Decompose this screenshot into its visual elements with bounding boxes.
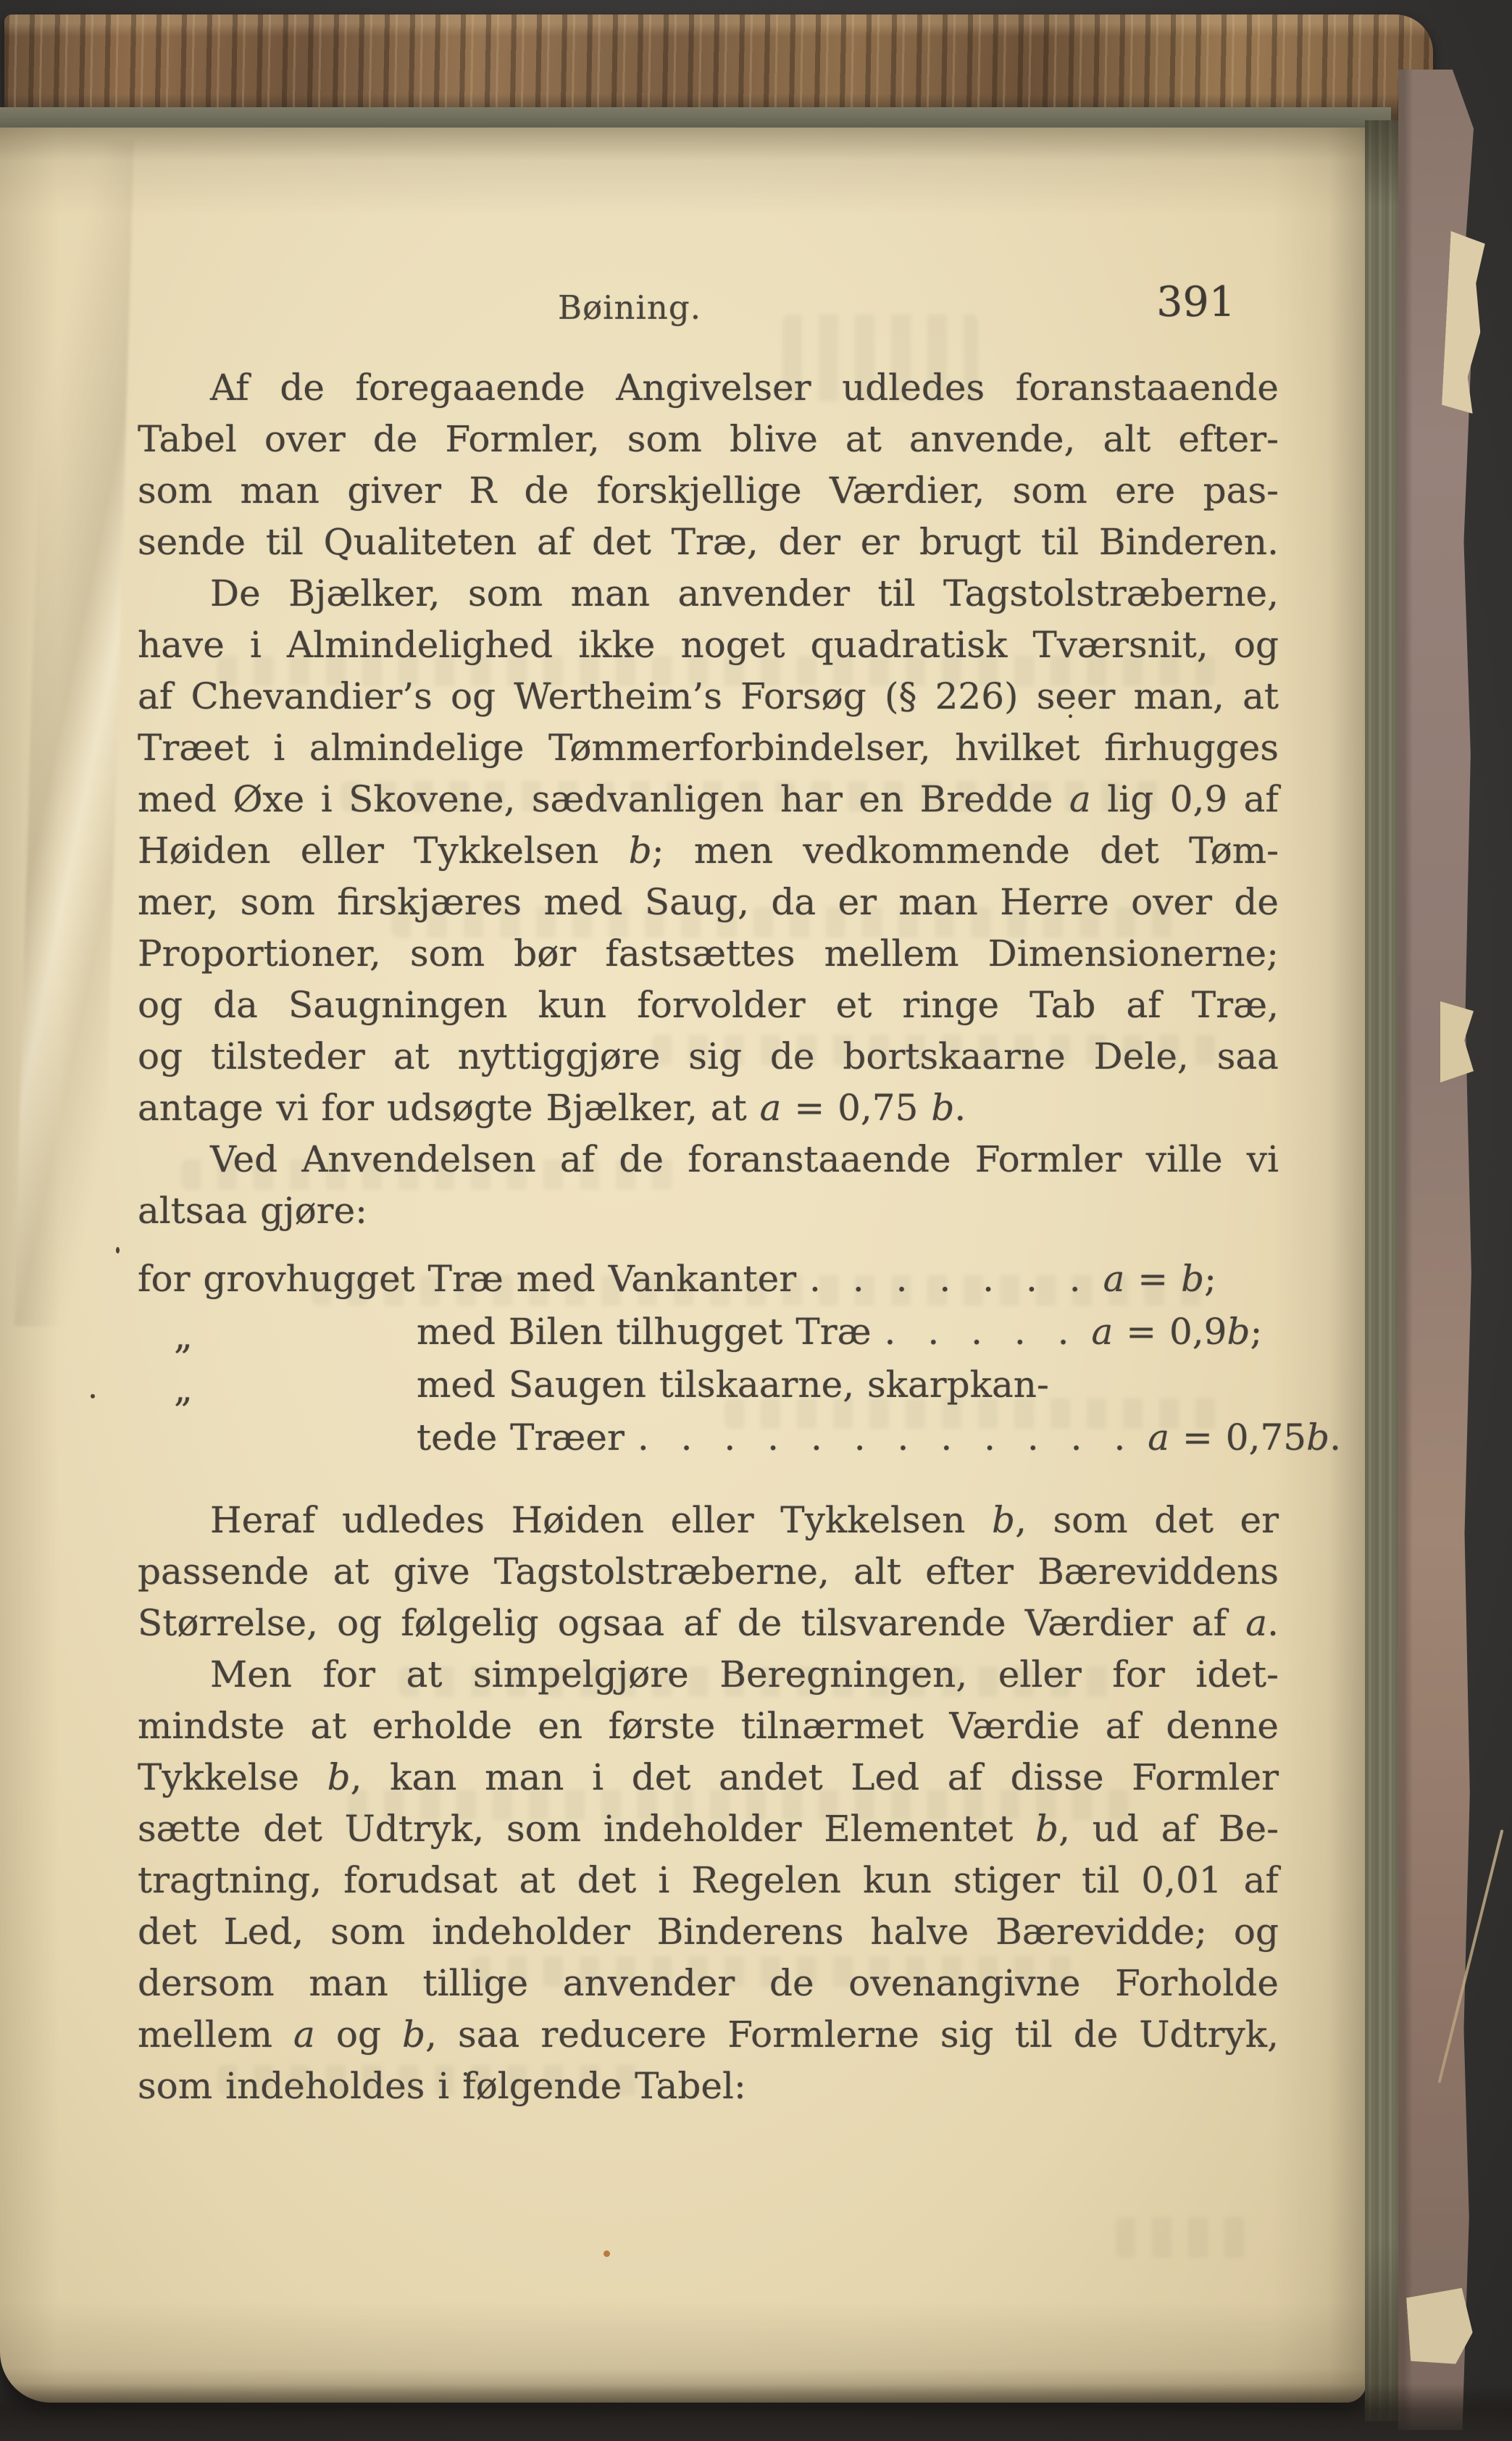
page-number: 391 (1134, 278, 1235, 326)
text-line: Af de foregaaende Angivelser udledes for… (138, 362, 1279, 414)
text-segment: De Bjælker, som man anvender til Tagstol… (210, 572, 1279, 614)
formula-content: med Saugen tilskaarne, skarpkan- (138, 1359, 1049, 1411)
math-variable: b (402, 2014, 425, 2056)
text-segment (1079, 1311, 1092, 1353)
text-segment: mellem (138, 2014, 293, 2056)
text-segment: Træet i almindelige Tømmerforbindelser, … (138, 727, 1279, 769)
text-line: Træet i almindelige Tømmerforbindelser, … (138, 722, 1279, 774)
text-segment: ; (1250, 1311, 1263, 1353)
text-segment: og (315, 2014, 402, 2056)
text-segment: = (1124, 1258, 1181, 1300)
text-segment: ; men vedkommende det Tøm- (652, 830, 1279, 872)
paragraph: Heraf udledes Høiden eller Tykkelsen b, … (138, 1495, 1279, 1649)
text-line: Tykkelse b, kan man i det andet Led af d… (138, 1752, 1279, 1803)
text-segment: Størrelse, og følgelig ogsaa af de tilsv… (138, 1602, 1245, 1644)
math-variable: a (1148, 1416, 1169, 1459)
text-line: som indeholdes i følgende Tabel: (138, 2061, 1279, 2112)
math-variable: a (1091, 1311, 1113, 1353)
formula-list: for grovhugget Træ med Vankanter . . . .… (138, 1253, 1279, 1464)
text-segment: , som det er (1015, 1499, 1279, 1541)
text-line: Størrelse, og følgelig ogsaa af de tilsv… (138, 1598, 1279, 1649)
text-block: Af de foregaaende Angivelser udledes for… (138, 362, 1279, 2112)
text-segment: det Led, som indeholder Binderens halve … (138, 1911, 1279, 1953)
math-variable: b (327, 1756, 351, 1798)
math-variable: b (1227, 1311, 1250, 1353)
formula-line: for grovhugget Træ med Vankanter . . . .… (138, 1253, 1279, 1306)
text-segment: Tykkelse (138, 1756, 327, 1798)
formula-line: tede Træer . . . . . . . . . . . . a = 0… (138, 1411, 1279, 1464)
torn-paper (1440, 1001, 1474, 1082)
math-variable: a (1069, 778, 1091, 820)
text-line: dersom man tillige anvender de ovenangiv… (138, 1958, 1279, 2009)
text-line: som man giver R de forskjellige Værdier,… (138, 465, 1279, 517)
text-line: mindste at erholde en første tilnærmet V… (138, 1701, 1279, 1752)
text-line: det Led, som indeholder Binderens halve … (138, 1906, 1279, 1958)
text-segment: Heraf udledes Høiden eller Tykkelsen (210, 1499, 992, 1541)
formula-line: „med Bilen tilhugget Træ . . . . . a = 0… (138, 1306, 1279, 1359)
text-segment: passende at give Tagstolstræberne, alt e… (138, 1551, 1279, 1593)
text-line: Tabel over de Formler, som blive at anve… (138, 414, 1279, 465)
text-segment: med Øxe i Skovene, sædvanligen har en Br… (138, 778, 1069, 820)
text-segment: , kan man i det andet Led af disse Forml… (351, 1756, 1279, 1798)
text-segment: = 0,75 (781, 1087, 931, 1129)
text-line: mellem a og b, saa reducere Formlerne si… (138, 2009, 1279, 2061)
text-line: antage vi for udsøgte Bjælker, at a = 0,… (138, 1082, 1279, 1134)
text-segment: . (954, 1087, 966, 1129)
text-segment: Tabel over de Formler, som blive at anve… (138, 418, 1279, 460)
paragraph: De Bjælker, som man anvender til Tagstol… (138, 568, 1279, 1134)
text-line: sætte det Udtryk, som indeholder Element… (138, 1803, 1279, 1855)
text-segment: og da Saugningen kun forvolder et ringe … (138, 984, 1279, 1026)
paragraph: Men for at simpelgjøre Beregningen, elle… (138, 1649, 1279, 2112)
text-segment: lig 0,9 af (1091, 778, 1279, 820)
text-segment: ; (1204, 1258, 1216, 1300)
text-line: Heraf udledes Høiden eller Tykkelsen b, … (138, 1495, 1279, 1546)
text-segment: af Chevandier’s og Wertheim’s Forsøg (§ … (138, 675, 1279, 717)
math-variable: a (1245, 1602, 1267, 1644)
text-line: med Øxe i Skovene, sædvanligen har en Br… (138, 774, 1279, 825)
text-segment: = 0,75 (1169, 1416, 1306, 1459)
text-segment: altsaa gjøre: (138, 1190, 367, 1232)
text-segment: , ud af Be- (1058, 1808, 1279, 1850)
text-segment: antage vi for udsøgte Bjælker, at (138, 1087, 760, 1129)
worn-cover-paper (1398, 70, 1474, 2430)
text-line: sende til Qualiteten af det Træ, der er … (138, 517, 1279, 568)
text-line: Høiden eller Tykkelsen b; men vedkommend… (138, 825, 1279, 877)
text-segment: mer, som firskjæres med Saug, da er man … (138, 881, 1279, 923)
text-line: Proportioner, som bør fastsættes mellem … (138, 928, 1279, 980)
book-scan: Bøining. 391 Af de foregaaende Angivelse… (0, 0, 1512, 2441)
text-segment: Proportioner, som bør fastsættes mellem … (138, 932, 1279, 975)
text-segment: med Saugen tilskaarne, skarpkan- (417, 1364, 1049, 1406)
text-segment: have i Almindelighed ikke noget quadrati… (138, 624, 1279, 666)
formula-content: for grovhugget Træ med Vankanter . . . .… (138, 1253, 1216, 1306)
text-segment: Af de foregaaende Angivelser udledes for… (210, 367, 1279, 409)
text-segment (1090, 1258, 1103, 1300)
book-page: Bøining. 391 Af de foregaaende Angivelse… (0, 128, 1366, 2403)
math-variable: b (629, 830, 652, 872)
math-variable: a (1103, 1258, 1125, 1300)
text-line: altsaa gjøre: (138, 1185, 1279, 1237)
text-segment: = 0,9 (1113, 1311, 1227, 1353)
text-line: af Chevandier’s og Wertheim’s Forsøg (§ … (138, 671, 1279, 722)
dot-leader: . . . . . . . (809, 1258, 1090, 1300)
showthrough-smudge (1116, 2217, 1261, 2258)
text-line: Ved Anvendelsen af de foranstaaende Form… (138, 1134, 1279, 1185)
page-fore-edge (1365, 120, 1401, 2421)
text-segment: for grovhugget Træ med Vankanter (138, 1258, 809, 1300)
text-segment: , saa reducere Formlerne sig til de Udtr… (425, 2014, 1279, 2056)
math-variable: a (293, 2014, 315, 2056)
text-line: og tilsteder at nyttiggjøre sig de borts… (138, 1031, 1279, 1082)
text-segment: Høiden eller Tykkelsen (138, 830, 629, 872)
text-segment: . (1267, 1602, 1279, 1644)
formula-line: „med Saugen tilskaarne, skarpkan- (138, 1359, 1279, 1411)
text-segment: som indeholdes i følgende Tabel: (138, 2065, 746, 2107)
text-line: Men for at simpelgjøre Beregningen, elle… (138, 1649, 1279, 1701)
bottom-shadow (0, 2384, 1512, 2441)
formula-content: tede Træer . . . . . . . . . . . . a = 0… (138, 1411, 1341, 1464)
page-crease (14, 138, 134, 1329)
math-variable: b (1181, 1258, 1204, 1300)
math-variable: a (760, 1087, 782, 1129)
text-segment: sende til Qualiteten af det Træ, der er … (138, 521, 1279, 563)
text-segment (1135, 1416, 1148, 1459)
math-variable: b (1306, 1416, 1329, 1459)
text-segment: Men for at simpelgjøre Beregningen, elle… (210, 1653, 1279, 1695)
dot-leader: . . . . . . . . . . . . (638, 1416, 1135, 1459)
text-segment: sætte det Udtryk, som indeholder Element… (138, 1808, 1035, 1850)
text-segment: og tilsteder at nyttiggjøre sig de borts… (138, 1035, 1279, 1077)
text-segment: mindste at erholde en første tilnærmet V… (138, 1705, 1279, 1747)
running-title: Bøining. (558, 288, 701, 327)
text-segment: Ved Anvendelsen af de foranstaaende Form… (210, 1138, 1279, 1180)
text-line: mer, som firskjæres med Saug, da er man … (138, 877, 1279, 928)
text-line: og da Saugningen kun forvolder et ringe … (138, 980, 1279, 1031)
dot-leader: . . . . . (885, 1311, 1079, 1353)
text-segment: tede Træer (417, 1416, 638, 1459)
text-line: tragtning, forudsat at det i Regelen kun… (138, 1855, 1279, 1906)
text-segment: dersom man tillige anvender de ovenangiv… (138, 1962, 1279, 2004)
paper-speck (91, 1394, 95, 1398)
text-segment: som man giver R de forskjellige Værdier,… (138, 470, 1279, 512)
math-variable: b (1035, 1808, 1058, 1850)
text-line: have i Almindelighed ikke noget quadrati… (138, 619, 1279, 671)
text-segment: med Bilen tilhugget Træ (417, 1311, 885, 1353)
text-segment: tragtning, forudsat at det i Regelen kun… (138, 1859, 1279, 1901)
paper-speck (603, 2250, 610, 2257)
text-line: passende at give Tagstolstræberne, alt e… (138, 1546, 1279, 1598)
math-variable: b (992, 1499, 1015, 1541)
formula-content: med Bilen tilhugget Træ . . . . . a = 0,… (138, 1306, 1262, 1359)
math-variable: b (931, 1087, 954, 1129)
ditto-mark: „ (174, 1363, 193, 1416)
ditto-mark: „ (174, 1310, 193, 1363)
text-segment: . (1329, 1416, 1341, 1459)
paper-speck (116, 1247, 120, 1253)
text-line: De Bjælker, som man anvender til Tagstol… (138, 568, 1279, 619)
paragraph: Ved Anvendelsen af de foranstaaende Form… (138, 1134, 1279, 1237)
paragraph: Af de foregaaende Angivelser udledes for… (138, 362, 1279, 568)
